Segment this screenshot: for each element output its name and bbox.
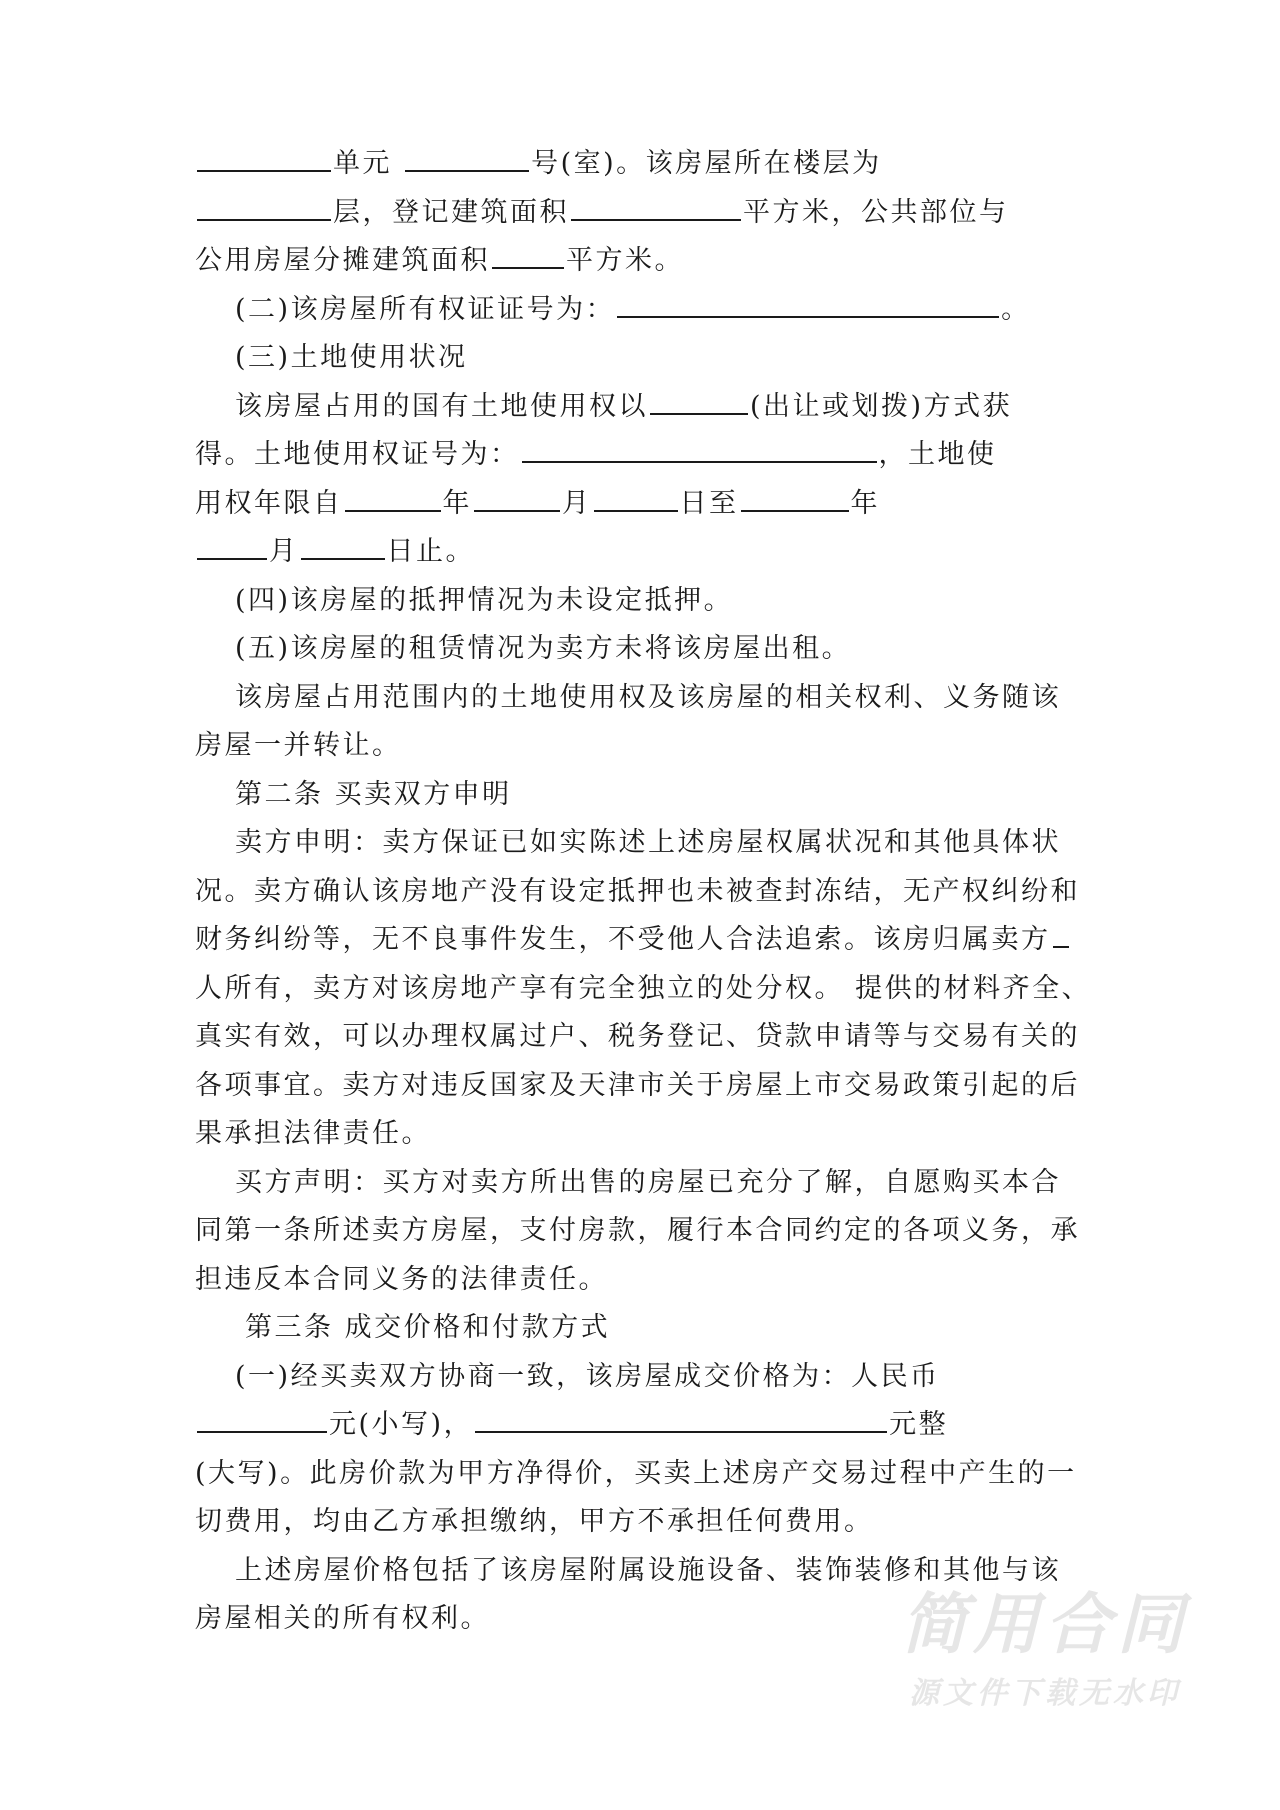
blank-field-end-day <box>301 538 385 560</box>
document-page: 单元 号(室)。该房屋所在楼层为 层，登记建筑面积平方米，公共部位与 公用房屋分… <box>195 140 1085 1644</box>
text-line: (四)该房屋的抵押情况为未设定抵押。 <box>195 577 1085 626</box>
text-line: 该房屋占用范围内的土地使用权及该房屋的相关权利、义务随该 <box>195 674 1085 723</box>
text-segment: 得。土地使用权证号为： <box>195 439 520 470</box>
text-line: 元(小写)，元整 <box>195 1401 1085 1450</box>
text-line: 得。土地使用权证号为：，土地使 <box>195 431 1085 480</box>
text-segment: 用权年限自 <box>195 488 343 519</box>
text-segment: 平方米，公共部位与 <box>743 197 1009 228</box>
text-line: 真实有效，可以办理权属过户、税务登记、贷款申请等与交易有关的 <box>195 1013 1085 1062</box>
blank-field-price-words <box>475 1411 887 1433</box>
blank-field-room <box>405 150 529 172</box>
text-segment: 财务纠纷等，无不良事件发生，不受他人合法追索。该房归属卖方 <box>195 924 1051 955</box>
text-line: 卖方申明：卖方保证已如实陈述上述房屋权属状况和其他具体状 <box>195 819 1085 868</box>
text-line: (大写)。此房价款为甲方净得价，买卖上述房产交易过程中产生的一 <box>195 1450 1085 1499</box>
text-line: 上述房屋价格包括了该房屋附属设施设备、装饰装修和其他与该 <box>195 1547 1085 1596</box>
blank-field-area <box>571 199 741 221</box>
text-line: 单元 号(室)。该房屋所在楼层为 <box>195 140 1085 189</box>
text-segment: 层，登记建筑面积 <box>333 197 569 228</box>
text-line: 财务纠纷等，无不良事件发生，不受他人合法追索。该房归属卖方 <box>195 916 1085 965</box>
blank-field-price-numeric <box>197 1411 327 1433</box>
text-segment: (二)该房屋所有权证证号为： <box>235 294 615 325</box>
text-segment: 该房屋占用的国有土地使用权以 <box>235 391 648 422</box>
text-line: 层，登记建筑面积平方米，公共部位与 <box>195 189 1085 238</box>
text-segment: 平方米。 <box>566 245 684 276</box>
blank-field-acquire-method <box>650 393 748 415</box>
text-segment: (出让或划拨)方式获 <box>750 391 1012 422</box>
text-line: 用权年限自年月日至年 <box>195 480 1085 529</box>
text-segment: 元整 <box>889 1409 948 1440</box>
text-segment: 。 <box>1001 294 1031 325</box>
section-heading: (三)土地使用状况 <box>195 334 1085 383</box>
blank-field-cert-number <box>617 296 999 318</box>
text-line: 切费用，均由乙方承担缴纳，甲方不承担任何费用。 <box>195 1498 1085 1547</box>
text-line: 月日止。 <box>195 528 1085 577</box>
watermark-subtitle: 源文件下载无水印 <box>880 1669 1210 1719</box>
text-segment: 号(室)。该房屋所在楼层为 <box>531 148 882 179</box>
text-segment: 单元 <box>333 148 403 179</box>
blank-field-end-year <box>741 490 849 512</box>
article-heading: 第三条 成交价格和付款方式 <box>195 1304 1085 1353</box>
text-line: 公用房屋分摊建筑面积平方米。 <box>195 237 1085 286</box>
blank-field-unit <box>197 150 331 172</box>
blank-field-start-day <box>594 490 678 512</box>
blank-field-start-year <box>345 490 441 512</box>
text-line: (一)经买卖双方协商一致，该房屋成交价格为：人民币 <box>195 1353 1085 1402</box>
text-line: 该房屋占用的国有土地使用权以(出让或划拨)方式获 <box>195 383 1085 432</box>
text-line: 房屋一并转让。 <box>195 722 1085 771</box>
blank-field-start-month <box>474 490 560 512</box>
text-line: 人所有，卖方对该房地产享有完全独立的处分权。 提供的材料齐全、 <box>195 965 1085 1014</box>
blank-field-land-cert <box>522 441 877 463</box>
text-line: 担违反本合同义务的法律责任。 <box>195 1256 1085 1305</box>
text-segment: 日至 <box>680 488 739 519</box>
text-segment: 月 <box>269 536 299 567</box>
text-line: 同第一条所述卖方房屋，支付房款，履行本合同约定的各项义务，承 <box>195 1207 1085 1256</box>
blank-field-owner <box>1053 926 1069 948</box>
text-line: (二)该房屋所有权证证号为：。 <box>195 286 1085 335</box>
blank-field-end-month <box>197 538 267 560</box>
text-line: 买方声明：买方对卖方所出售的房屋已充分了解，自愿购买本合 <box>195 1159 1085 1208</box>
text-segment: 月 <box>562 488 592 519</box>
text-line: 况。卖方确认该房地产没有设定抵押也未被查封冻结，无产权纠纷和 <box>195 868 1085 917</box>
text-segment: 年 <box>851 488 881 519</box>
text-line: 各项事宜。卖方对违反国家及天津市关于房屋上市交易政策引起的后 <box>195 1062 1085 1111</box>
text-segment: 元(小写)， <box>329 1409 473 1440</box>
text-segment: ，土地使 <box>879 439 997 470</box>
article-heading: 第二条 买卖双方申明 <box>195 771 1085 820</box>
text-segment: 日止。 <box>387 536 476 567</box>
text-segment: 年 <box>443 488 473 519</box>
text-line: 果承担法律责任。 <box>195 1110 1085 1159</box>
blank-field-floor <box>197 199 331 221</box>
text-segment: 公用房屋分摊建筑面积 <box>195 245 490 276</box>
text-line: (五)该房屋的租赁情况为卖方未将该房屋出租。 <box>195 625 1085 674</box>
text-line: 房屋相关的所有权利。 <box>195 1595 1085 1644</box>
blank-field-shared-area <box>492 247 564 269</box>
